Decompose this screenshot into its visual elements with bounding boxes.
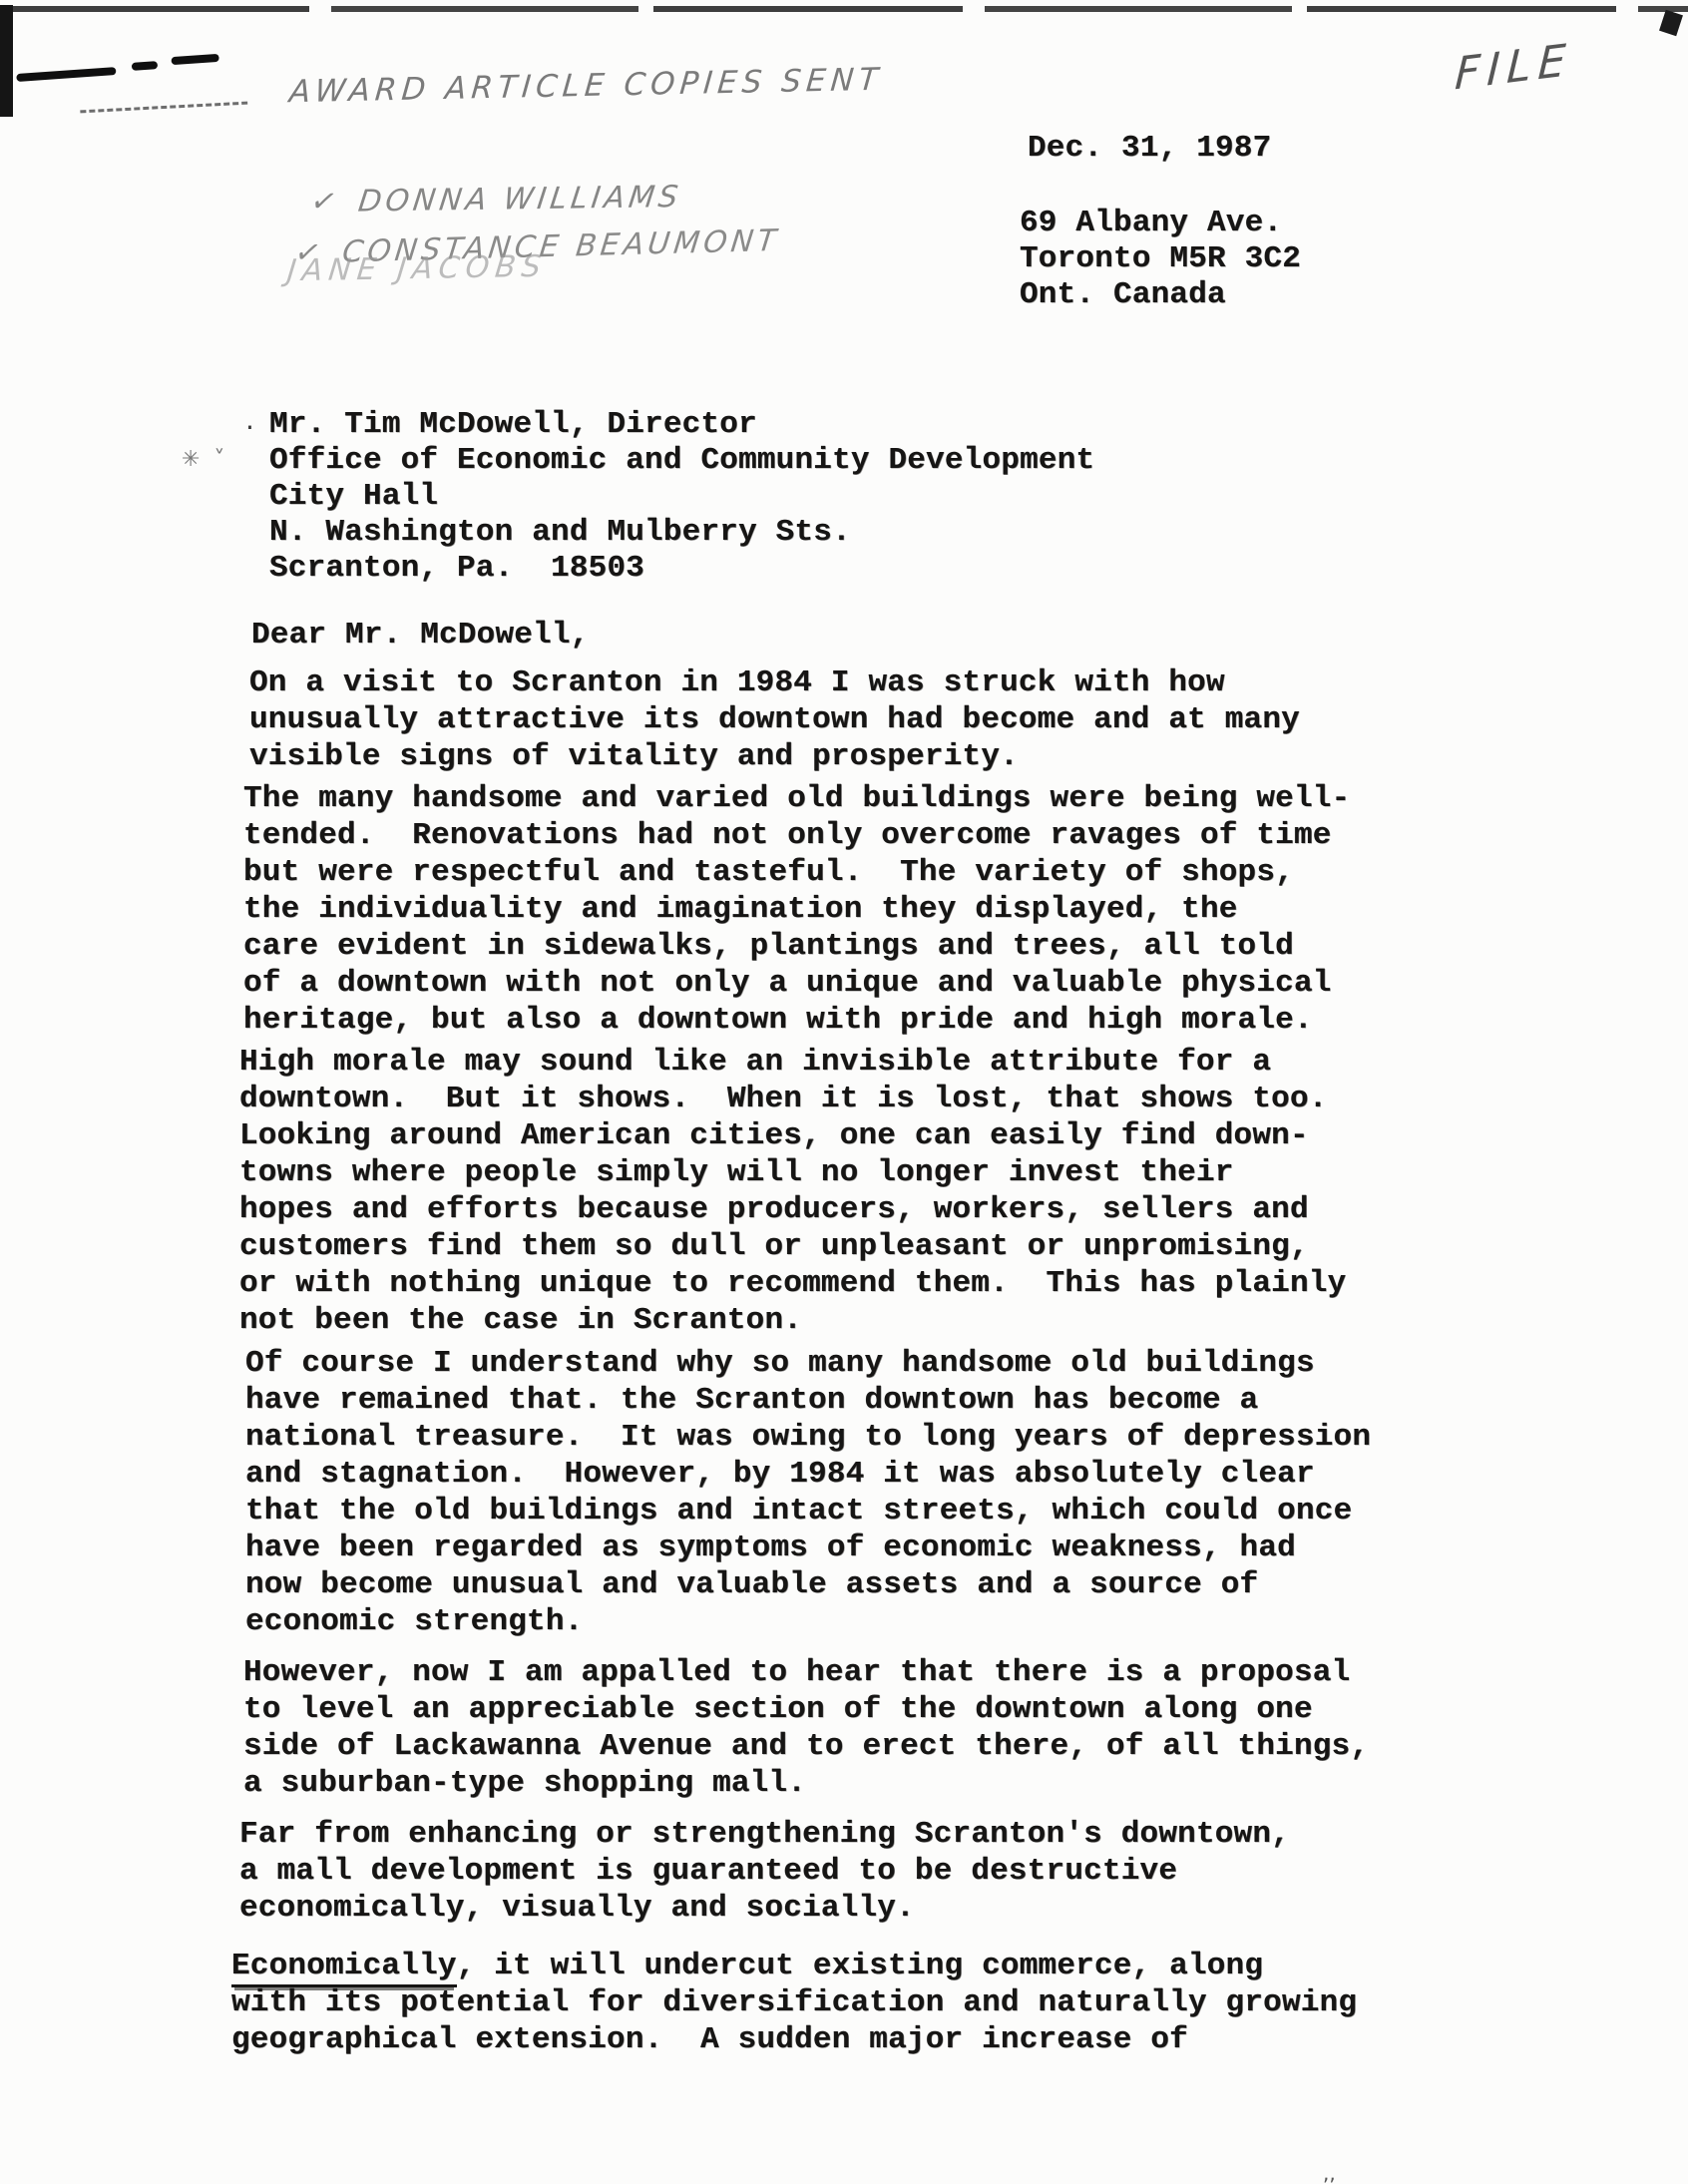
recipient-address-block: Mr. Tim McDowell, Director Office of Eco… xyxy=(269,407,1094,587)
paragraph-7: Economically, it will undercut existing … xyxy=(231,1948,1357,2058)
handwritten-file-note: FILE xyxy=(1454,34,1573,100)
handwritten-dash-stroke xyxy=(16,52,245,82)
bottom-speck-marks: ,, xyxy=(1323,2161,1336,2184)
handwritten-squiggle-underline xyxy=(80,92,247,114)
scan-corner-mark-right xyxy=(1659,10,1683,36)
dash-segment xyxy=(171,54,218,65)
paragraph-3: High morale may sound like an invisible … xyxy=(239,1044,1346,1339)
scan-corner-artifact xyxy=(0,5,13,117)
underlined-word: Economically xyxy=(231,1949,457,1987)
stray-dot-mark: . xyxy=(245,403,254,436)
handwritten-faint-name: JANE JACOBS xyxy=(285,249,549,289)
dash-segment xyxy=(132,61,158,71)
handwritten-checked-name: ✓CONSTANCE BEAUMONT xyxy=(235,189,785,307)
margin-marks: ✳ ˅ xyxy=(182,447,224,472)
paragraph-5: However, now I am appalled to hear that … xyxy=(243,1654,1369,1802)
sender-address-block: 69 Albany Ave. Toronto M5R 3C2 Ont. Cana… xyxy=(1020,206,1301,313)
salutation: Dear Mr. McDowell, xyxy=(251,617,589,654)
scan-top-edge-artifact xyxy=(0,6,1688,12)
paragraph-4: Of course I understand why so many hands… xyxy=(245,1345,1371,1640)
paragraph-1: On a visit to Scranton in 1984 I was str… xyxy=(249,664,1300,775)
paragraph-7-line1-rest: , it will undercut existing commerce, al… xyxy=(457,1949,1264,1983)
scanned-letter-page: AWARD ARTICLE COPIES SENT ✓DONNA WILLIAM… xyxy=(0,0,1688,2184)
dash-segment xyxy=(16,67,116,82)
letter-date: Dec. 31, 1987 xyxy=(1028,130,1271,167)
paragraph-2: The many handsome and varied old buildin… xyxy=(243,780,1350,1039)
paragraph-6: Far from enhancing or strengthening Scra… xyxy=(239,1816,1290,1927)
handwritten-award-note: AWARD ARTICLE COPIES SENT xyxy=(288,62,885,111)
paragraph-7-rest: with its potential for diversification a… xyxy=(231,1984,1357,2058)
